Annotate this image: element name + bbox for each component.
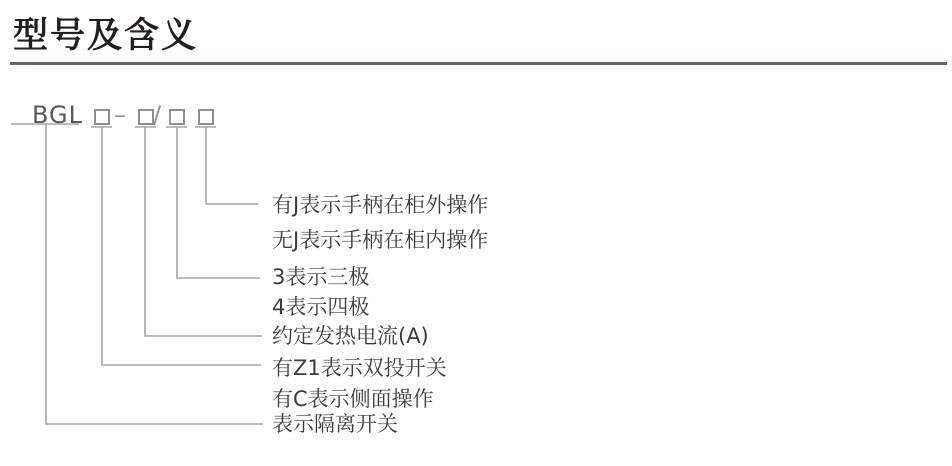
connector-prefix: [46, 124, 263, 424]
label-double-throw: 有Z1表示双投开关: [272, 358, 447, 379]
label-handle-inside: 无J表示手柄在柜内操作: [272, 230, 488, 251]
connector-box-3: [177, 127, 260, 278]
connector-box-2: [145, 127, 262, 336]
label-isolating-switch: 表示隔离开关: [272, 414, 398, 435]
label-four-pole: 4表示四极: [272, 297, 369, 318]
label-side-operation: 有C表示侧面操作: [272, 389, 434, 410]
label-thermal-current: 约定发热电流(A): [272, 326, 429, 347]
connector-box-1: [102, 127, 261, 365]
label-handle-outside: 有J表示手柄在柜外操作: [272, 195, 488, 216]
label-three-pole: 3表示三极: [272, 267, 369, 288]
connector-box-4: [206, 127, 258, 204]
